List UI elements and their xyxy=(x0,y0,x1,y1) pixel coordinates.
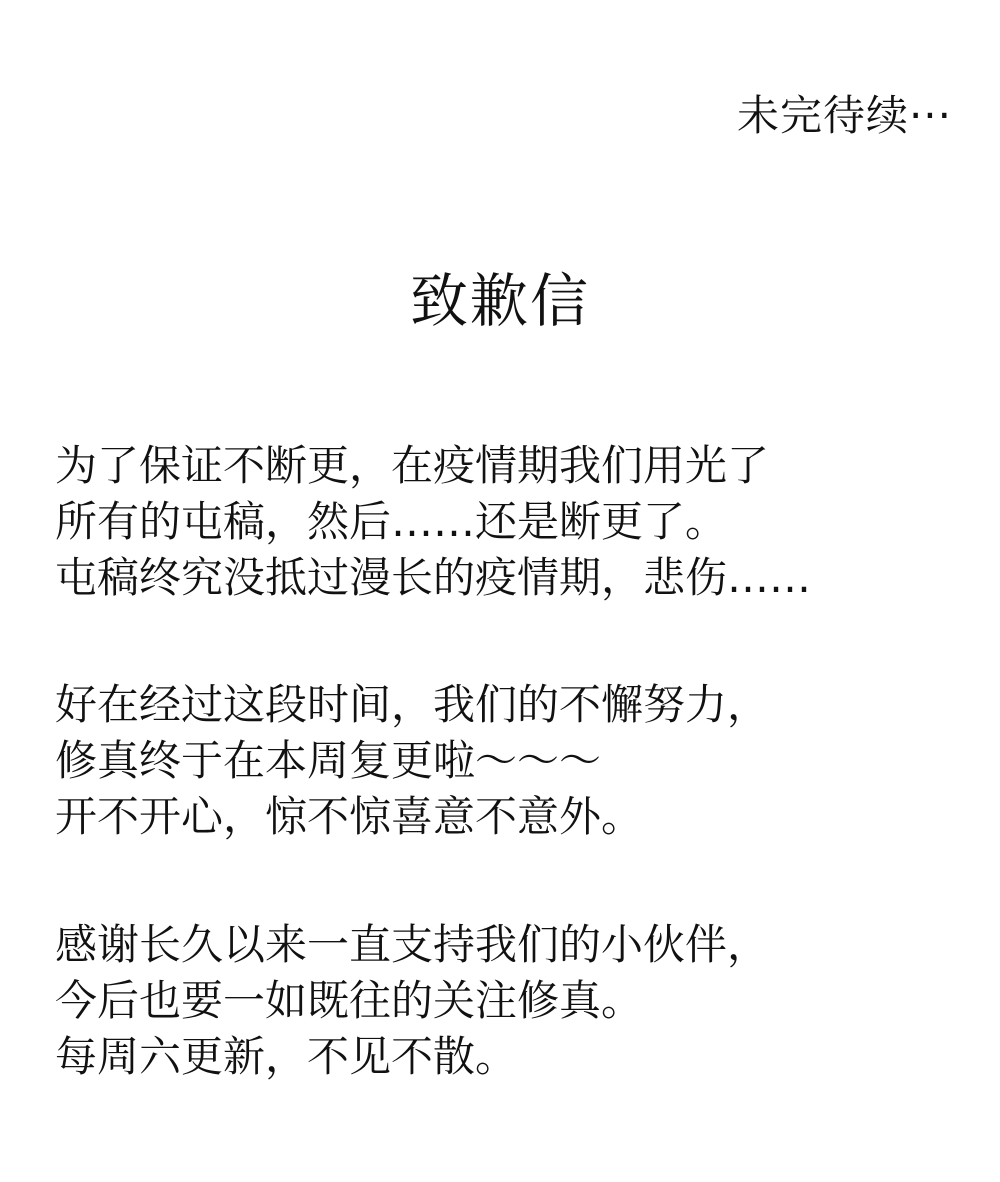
paragraph-line: 为了保证不断更，在疫情期我们用光了 xyxy=(55,438,811,494)
paragraph-line: 开不开心，惊不惊喜意不意外。 xyxy=(55,789,769,845)
to-be-continued-label: 未完待续··· xyxy=(737,88,952,144)
paragraph-line: 今后也要一如既往的关注修真。 xyxy=(55,973,769,1029)
paragraph-line: 所有的屯稿，然后……还是断更了。 xyxy=(55,494,811,550)
paragraph-line: 屯稿终究没抵过漫长的疫情期，悲伤…… xyxy=(55,550,811,606)
paragraph-line: 修真终于在本周复更啦～～～ xyxy=(55,733,769,789)
paragraph-3: 感谢长久以来一直支持我们的小伙伴， 今后也要一如既往的关注修真。 每周六更新，不… xyxy=(55,917,769,1085)
paragraph-line: 好在经过这段时间，我们的不懈努力， xyxy=(55,677,769,733)
paragraph-2: 好在经过这段时间，我们的不懈努力， 修真终于在本周复更啦～～～ 开不开心，惊不惊… xyxy=(55,677,769,845)
paragraph-line: 每周六更新，不见不散。 xyxy=(55,1029,769,1085)
paragraph-1: 为了保证不断更，在疫情期我们用光了 所有的屯稿，然后……还是断更了。 屯稿终究没… xyxy=(55,438,811,606)
page-title: 致歉信 xyxy=(0,265,1000,337)
paragraph-line: 感谢长久以来一直支持我们的小伙伴， xyxy=(55,917,769,973)
